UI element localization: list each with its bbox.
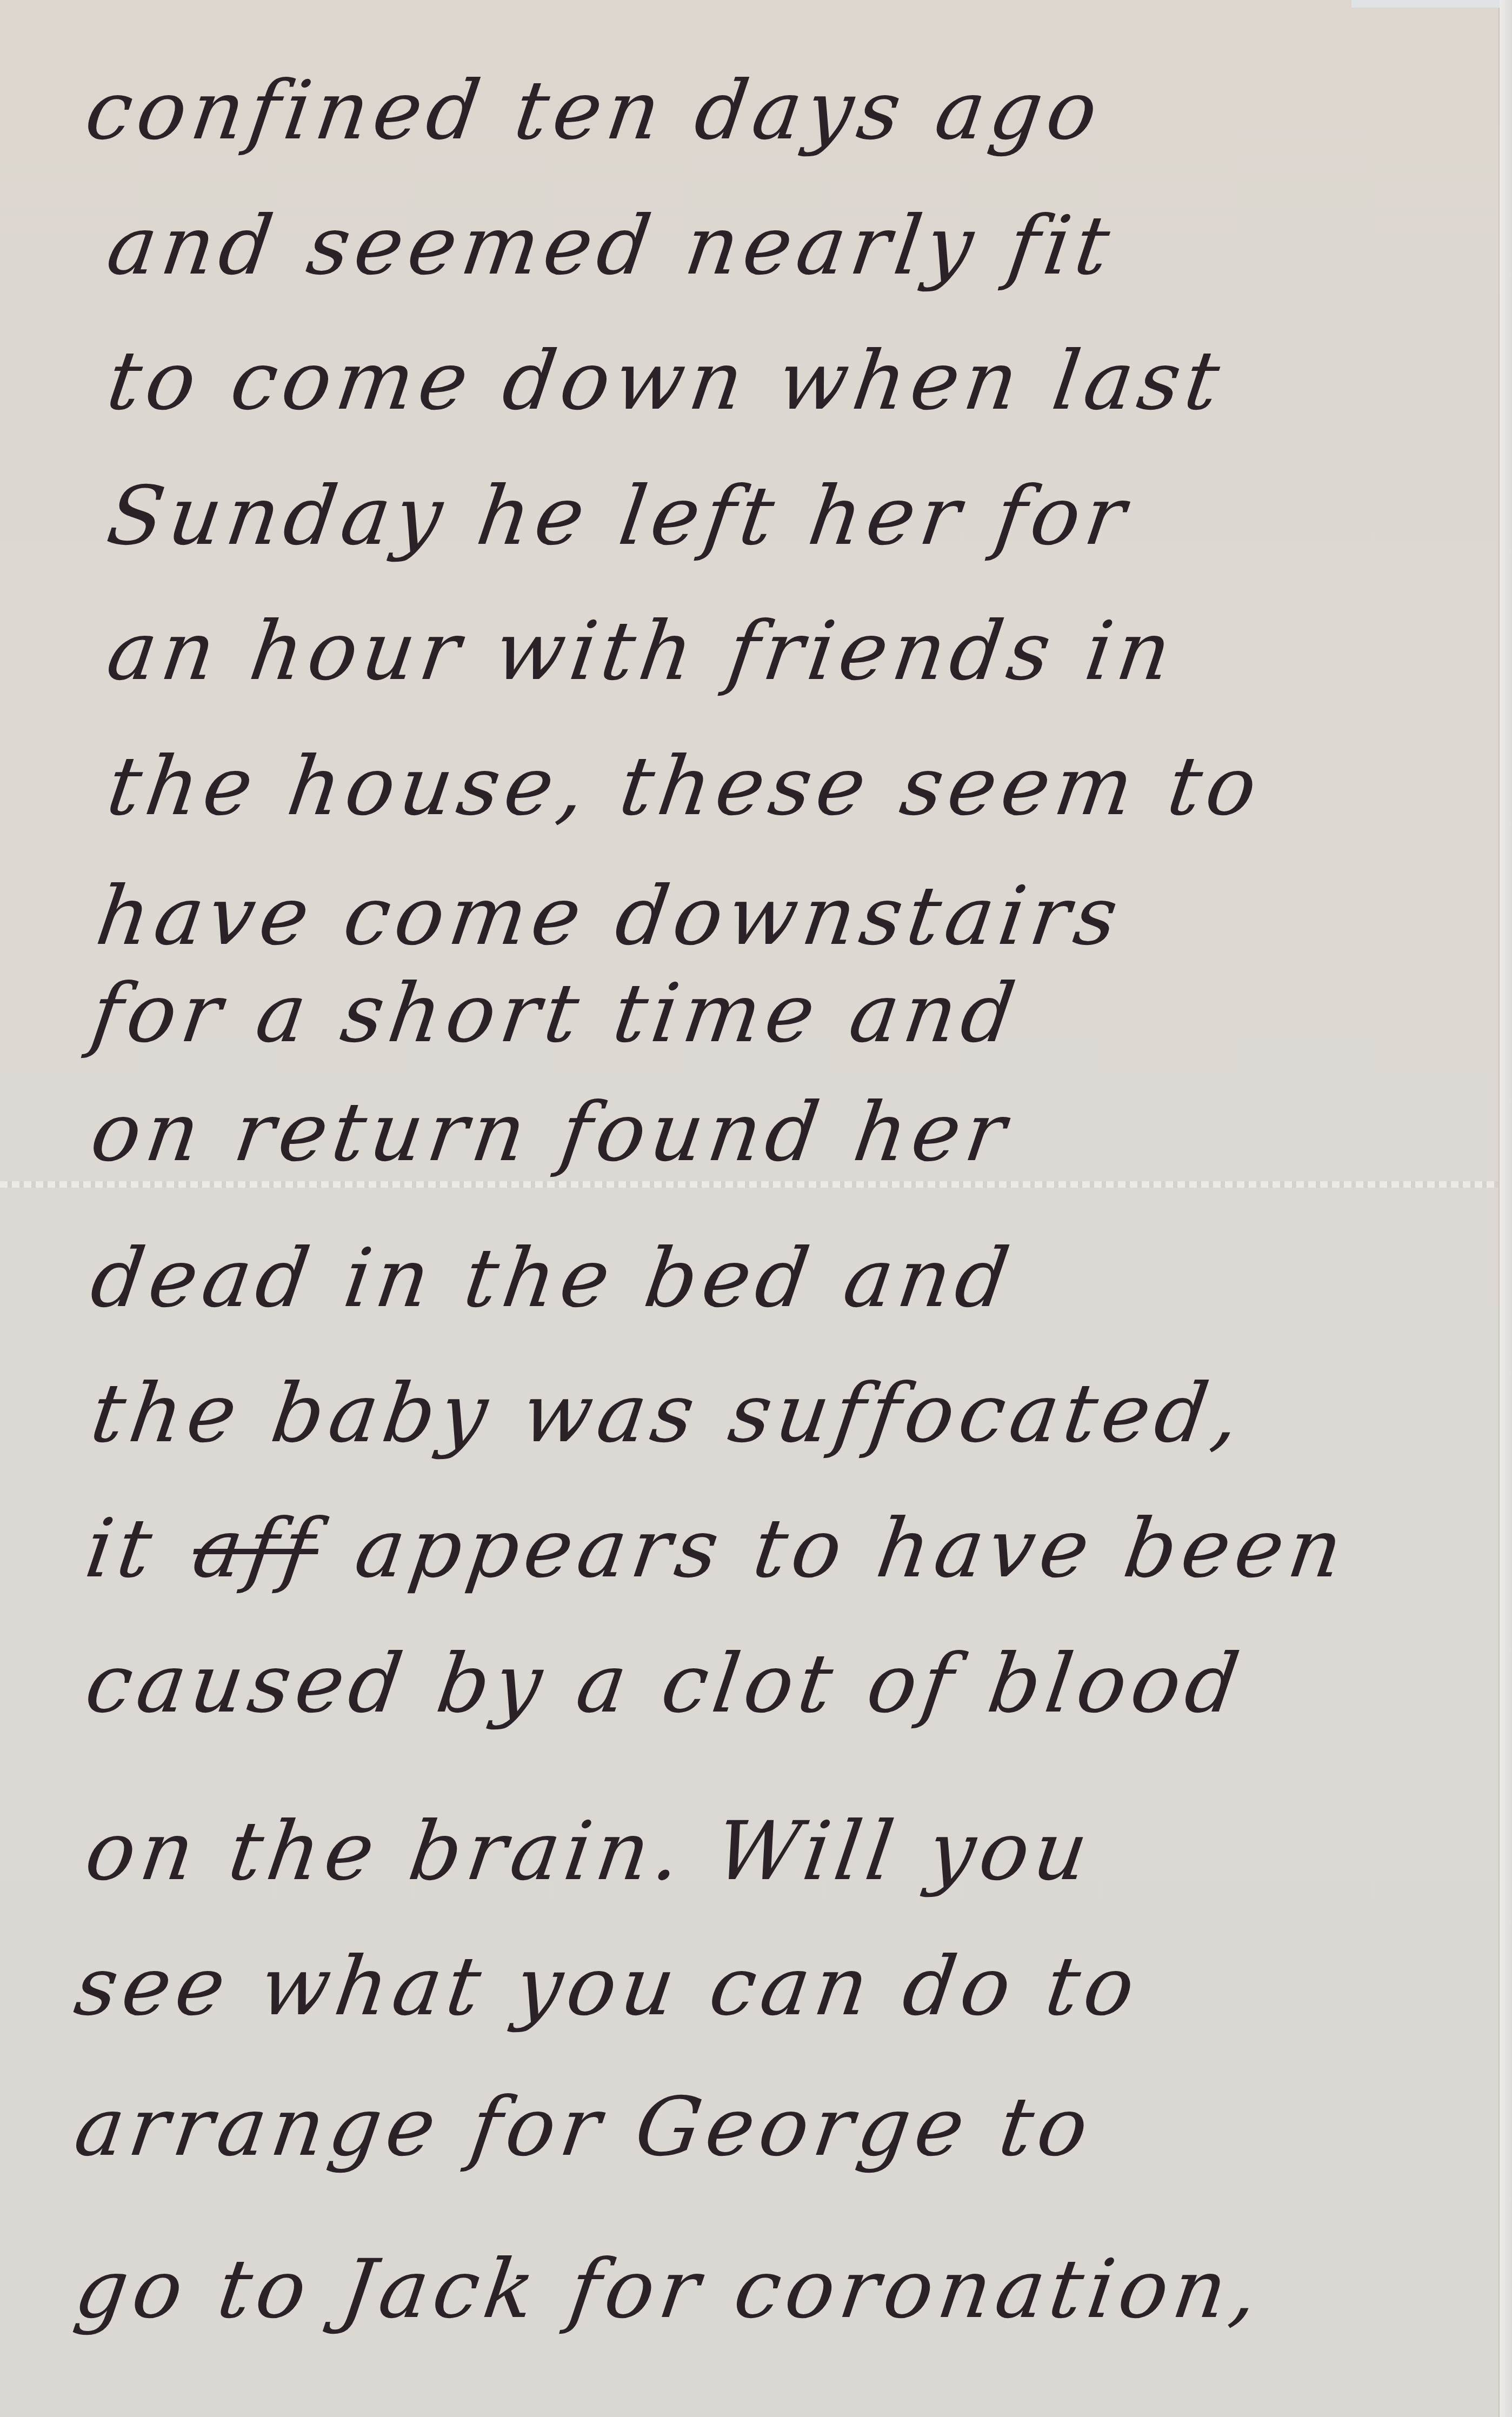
text-line-2: and seemed nearly fit [103, 205, 1120, 287]
text-line-1: confined ten days ago [81, 70, 1108, 151]
handwritten-text: confined ten days ago and seemed nearly … [0, 0, 1498, 2417]
text-line-13: caused by a clot of blood [81, 1643, 1249, 1724]
text-line-4: Sunday he left her for [103, 476, 1136, 557]
line-12-end: appears to have been [350, 1502, 1353, 1596]
background-edge-right [1500, 0, 1512, 2417]
text-line-10: dead in the bed and [86, 1238, 1019, 1319]
scanned-letter: confined ten days ago and seemed nearly … [0, 0, 1512, 2417]
struck-through-word: aff [188, 1508, 324, 1589]
text-line-6: the house, these seem to [103, 746, 1267, 827]
text-line-3: to come down when last [103, 341, 1229, 422]
text-line-8: for a short time and [86, 973, 1025, 1054]
text-line-17: go to Jack for coronation, [70, 2249, 1268, 2330]
text-line-14: on the brain. Will you [81, 1811, 1098, 1892]
line-12-start: it [81, 1508, 162, 1589]
text-line-9: on return found her [86, 1092, 1016, 1173]
text-line-12: itaffappears to have been [81, 1508, 1353, 1589]
text-line-16: arrange for George to [70, 2087, 1098, 2168]
text-line-11: the baby was suffocated, [86, 1373, 1250, 1454]
text-line-7: have come downstairs [92, 876, 1128, 957]
text-line-15: see what you can do to [70, 1946, 1144, 2027]
text-line-5: an hour with friends in [103, 611, 1181, 692]
